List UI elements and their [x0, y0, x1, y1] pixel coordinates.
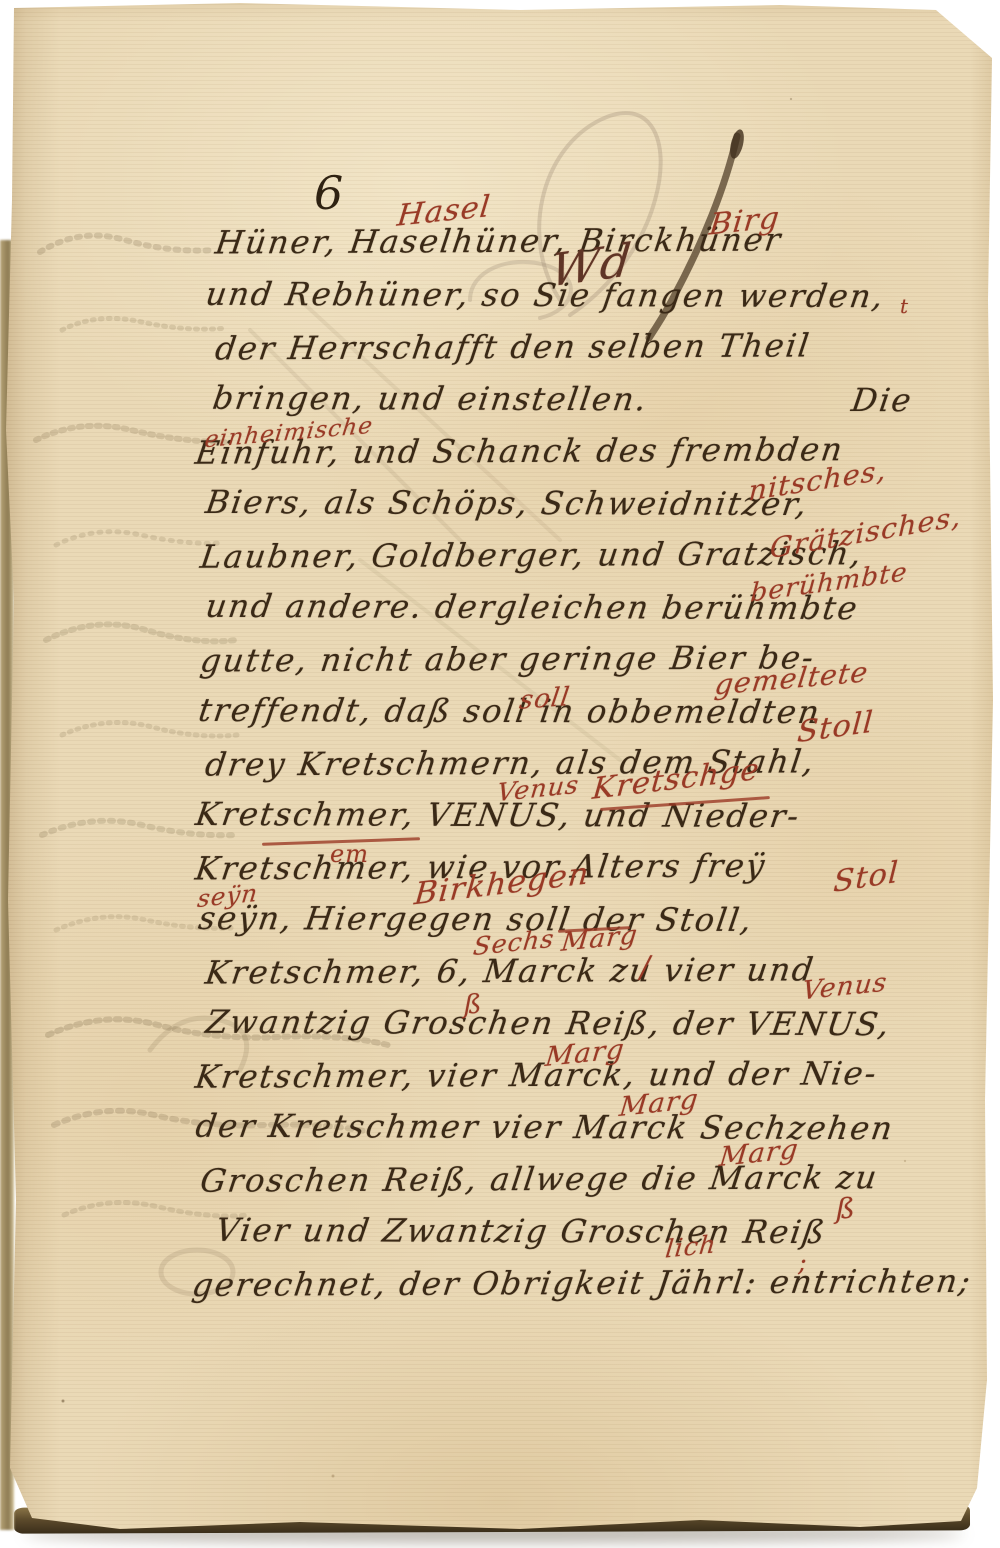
manuscript-line: und Rebhüner, so Sie fangen werden, [202, 275, 888, 327]
manuscript-line: gerechnet, der Obrigkeit Jährl: entricht… [188, 1262, 974, 1316]
red-correction: t [900, 294, 909, 318]
red-correction: / [640, 950, 651, 985]
manuscript-page: 6 Hüner, Haselhüner, Birckhüner und Rebh… [0, 0, 1000, 1548]
folio-mark: 6 [314, 166, 343, 220]
manuscript-line: Vier und Zwantzig Groschen Reiß [212, 1211, 829, 1263]
manuscript-photo: { "document": { "type_label": "handwritt… [0, 0, 1000, 1548]
red-correction: lich [664, 1229, 718, 1263]
manuscript-line: der Herrschafft den selben Theil [211, 326, 813, 379]
red-correction: ß [464, 990, 482, 1020]
manuscript-line: Biers, als Schöps, Schweidnitzer, [202, 483, 811, 535]
manuscript-line: Hüner, Haselhüner, Birckhüner [211, 221, 784, 274]
red-correction: ß [836, 1192, 856, 1225]
manuscript-line: Kretschmer, vier Marck, und der Nie- [191, 1054, 880, 1108]
red-correction: ; [798, 1248, 808, 1278]
red-correction: soll [518, 682, 573, 715]
red-correction: Stol [832, 855, 899, 900]
manuscript-text-block: 6 Hüner, Haselhüner, Birckhüner und Rebh… [0, 0, 1000, 1548]
red-correction: em [330, 840, 369, 868]
manuscript-line: Kretschmer, 6, Marck zu vier und [201, 950, 817, 1003]
